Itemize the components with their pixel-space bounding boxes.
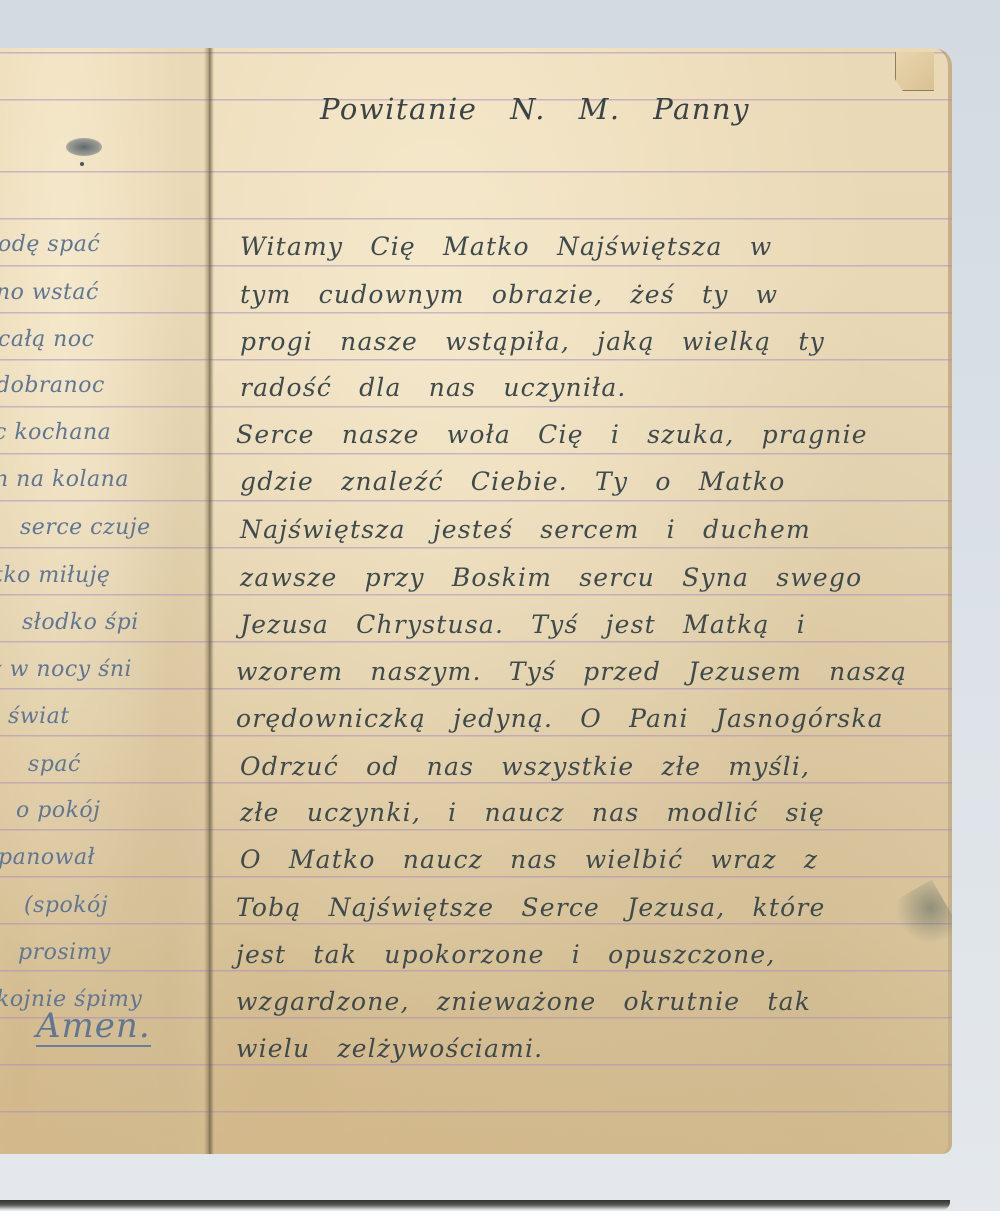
left-line: ż w nocy śni	[0, 657, 132, 682]
text-line: wzorem naszym. Tyś przed Jezusem naszą	[236, 657, 907, 686]
left-line: tko miłuję	[0, 563, 110, 588]
text-line: Witamy Cię Matko Najświętsza w	[240, 232, 772, 261]
left-line: n na kolana	[0, 467, 129, 492]
notebook-bottom-edge	[0, 1200, 950, 1210]
left-line: odę spać	[0, 232, 100, 257]
left-line: słodko śpi	[22, 610, 139, 635]
left-line: c kochana	[0, 420, 111, 445]
text-line: złe uczynki, i naucz nas modlić się	[240, 798, 825, 827]
text-line: zawsze przy Boskim sercu Syna swego	[240, 563, 862, 592]
text-line: gdzie znaleźć Ciebie. Ty o Matko	[240, 467, 786, 496]
text-line: radość dla nas uczyniła.	[240, 373, 627, 402]
text-line: tym cudownym obrazie, żeś ty w	[240, 280, 778, 309]
left-line: panował	[0, 845, 95, 870]
text-line: Odrzuć od nas wszystkie złe myśli,	[240, 752, 810, 781]
ink-dot	[80, 162, 84, 166]
amen-closing: Amen.	[36, 1008, 151, 1047]
ink-blot	[66, 138, 102, 156]
text-line: Najświętsza jesteś sercem i duchem	[240, 515, 811, 544]
left-line: dobranoc	[0, 373, 105, 398]
left-line: całą noc	[0, 327, 94, 352]
text-line: Tobą Najświętsze Serce Jezusa, które	[236, 893, 826, 922]
notebook-gutter	[204, 48, 214, 1154]
text-line: O Matko naucz nas wielbić wraz z	[240, 845, 818, 874]
folded-corner	[895, 52, 934, 91]
page-title: Powitanie N. M. Panny	[320, 92, 750, 126]
left-line: serce czuje	[20, 515, 151, 540]
left-line: prosimy	[18, 940, 111, 965]
text-line: wzgardzone, znieważone okrutnie tak	[236, 987, 811, 1016]
left-line: o pokój	[16, 798, 100, 823]
text-line: progi nasze wstąpiła, jaką wielką ty	[240, 327, 825, 356]
text-line: wielu zelżywościami.	[236, 1034, 543, 1063]
left-line: no wstać	[0, 280, 99, 305]
text-line: Serce nasze woła Cię i szuka, pragnie	[236, 420, 868, 449]
text-line: jest tak upokorzone i opuszczone,	[236, 940, 776, 969]
left-line: spać	[28, 752, 81, 777]
left-line: (spokój	[24, 893, 108, 918]
text-line: orędowniczką jedyną. O Pani Jasnogórska	[236, 704, 884, 733]
text-line: Jezusa Chrystusa. Tyś jest Matką i	[240, 610, 806, 639]
left-line: świat	[8, 704, 70, 729]
